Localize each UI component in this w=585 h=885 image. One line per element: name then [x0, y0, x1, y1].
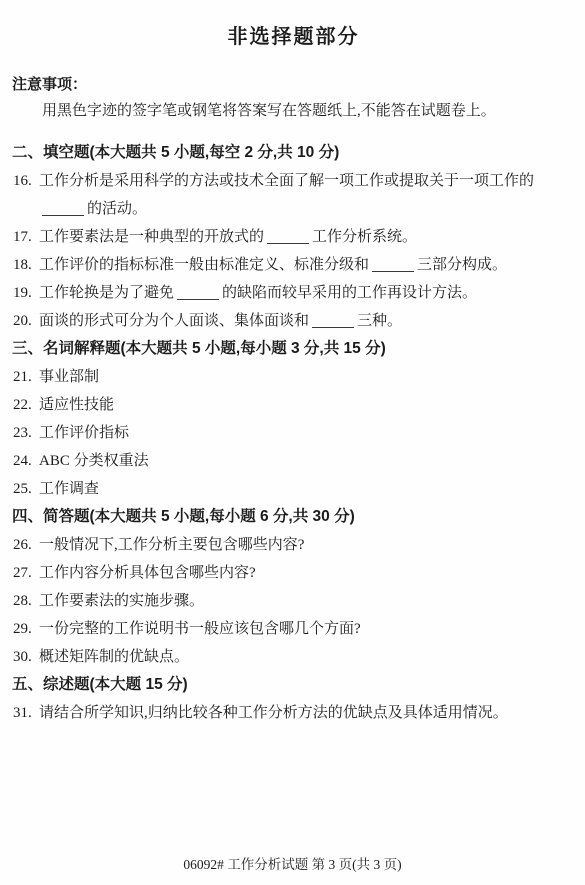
page-title: 非选择题部分 [12, 20, 575, 49]
question-25-text: 工作调查 [39, 481, 99, 497]
question-18-answer-blank [372, 257, 414, 272]
question-17-text-post: 工作分析系统。 [312, 229, 417, 245]
question-24-text: ABC 分类权重法 [39, 453, 149, 469]
question-26-text: 一般情况下,工作分析主要包含哪些内容? [39, 537, 304, 553]
question-25: 25.工作调查 [12, 475, 575, 503]
question-21-number: 21. [13, 363, 32, 391]
question-30: 30.概述矩阵制的优缺点。 [12, 643, 575, 671]
question-16-text-pre: 工作分析是采用科学的方法或技术全面了解一项工作或提取关于一项工作的 [39, 173, 534, 189]
question-17-text-pre: 工作要素法是一种典型的开放式的 [39, 229, 264, 245]
question-18-text-pre: 工作评价的指标标准一般由标准定义、标准分级和 [39, 257, 369, 273]
question-20-text-pre: 面谈的形式可分为个人面谈、集体面谈和 [39, 313, 309, 329]
question-22: 22.适应性技能 [12, 391, 575, 419]
section-heading-essay: 五、综述题(本大题 15 分) [12, 671, 575, 699]
question-22-text: 适应性技能 [39, 397, 114, 413]
question-28: 28.工作要素法的实施步骤。 [12, 587, 575, 615]
question-18-text-post: 三部分构成。 [417, 257, 507, 273]
page-footer: 06092# 工作分析试题 第 3 页(共 3 页) [0, 853, 585, 873]
question-17: 17.工作要素法是一种典型的开放式的工作分析系统。 [12, 223, 575, 251]
question-31: 31.请结合所学知识,归纳比较各种工作分析方法的优缺点及具体适用情况。 [12, 699, 575, 727]
question-30-number: 30. [13, 643, 32, 671]
question-24: 24.ABC 分类权重法 [12, 447, 575, 475]
question-19-number: 19. [13, 279, 32, 307]
section-heading-terms: 三、名词解释题(本大题共 5 小题,每小题 3 分,共 15 分) [12, 335, 575, 363]
question-20: 20.面谈的形式可分为个人面谈、集体面谈和三种。 [12, 307, 575, 335]
question-31-text: 请结合所学知识,归纳比较各种工作分析方法的优缺点及具体适用情况。 [39, 705, 508, 721]
question-19-answer-blank [177, 285, 219, 300]
question-25-number: 25. [13, 475, 32, 503]
question-29-number: 29. [13, 615, 32, 643]
question-26: 26.一般情况下,工作分析主要包含哪些内容? [12, 531, 575, 559]
question-16-text-post: 的活动。 [87, 201, 147, 217]
question-31-number: 31. [13, 699, 32, 727]
question-18-number: 18. [13, 251, 32, 279]
question-20-answer-blank [312, 313, 354, 328]
question-17-answer-blank [267, 229, 309, 244]
question-23-number: 23. [13, 419, 32, 447]
notice-text: 用黑色字迹的签字笔或钢笔将答案写在答题纸上,不能答在试题卷上。 [12, 98, 575, 124]
question-21: 21.事业部制 [12, 363, 575, 391]
question-16-answer-blank [42, 201, 84, 216]
question-27-text: 工作内容分析具体包含哪些内容? [39, 565, 256, 581]
question-19: 19.工作轮换是为了避免的缺陷而较早采用的工作再设计方法。 [12, 279, 575, 307]
question-20-number: 20. [13, 307, 32, 335]
question-16-number: 16. [13, 167, 32, 195]
question-27: 27.工作内容分析具体包含哪些内容? [12, 559, 575, 587]
question-21-text: 事业部制 [39, 369, 99, 385]
question-29: 29.一份完整的工作说明书一般应该包含哪几个方面? [12, 615, 575, 643]
question-28-text: 工作要素法的实施步骤。 [39, 593, 204, 609]
question-20-text-post: 三种。 [357, 313, 402, 329]
question-17-number: 17. [13, 223, 32, 251]
question-18: 18.工作评价的指标标准一般由标准定义、标准分级和三部分构成。 [12, 251, 575, 279]
question-29-text: 一份完整的工作说明书一般应该包含哪几个方面? [39, 621, 361, 637]
question-23: 23.工作评价指标 [12, 419, 575, 447]
section-heading-fill-blank: 二、填空题(本大题共 5 小题,每空 2 分,共 10 分) [12, 139, 575, 167]
question-19-text-pre: 工作轮换是为了避免 [39, 285, 174, 301]
question-30-text: 概述矩阵制的优缺点。 [39, 649, 189, 665]
notice-label: 注意事项： [12, 73, 575, 94]
section-heading-short-answer: 四、简答题(本大题共 5 小题,每小题 6 分,共 30 分) [12, 503, 575, 531]
question-19-text-post: 的缺陷而较早采用的工作再设计方法。 [222, 285, 477, 301]
exam-page: 非选择题部分 注意事项： 用黑色字迹的签字笔或钢笔将答案写在答题纸上,不能答在试… [0, 0, 585, 885]
question-27-number: 27. [13, 559, 32, 587]
question-16: 16.工作分析是采用科学的方法或技术全面了解一项工作或提取关于一项工作的的活动。 [12, 167, 575, 223]
question-28-number: 28. [13, 587, 32, 615]
question-24-number: 24. [13, 447, 32, 475]
question-22-number: 22. [13, 391, 32, 419]
question-23-text: 工作评价指标 [39, 425, 129, 441]
question-26-number: 26. [13, 531, 32, 559]
